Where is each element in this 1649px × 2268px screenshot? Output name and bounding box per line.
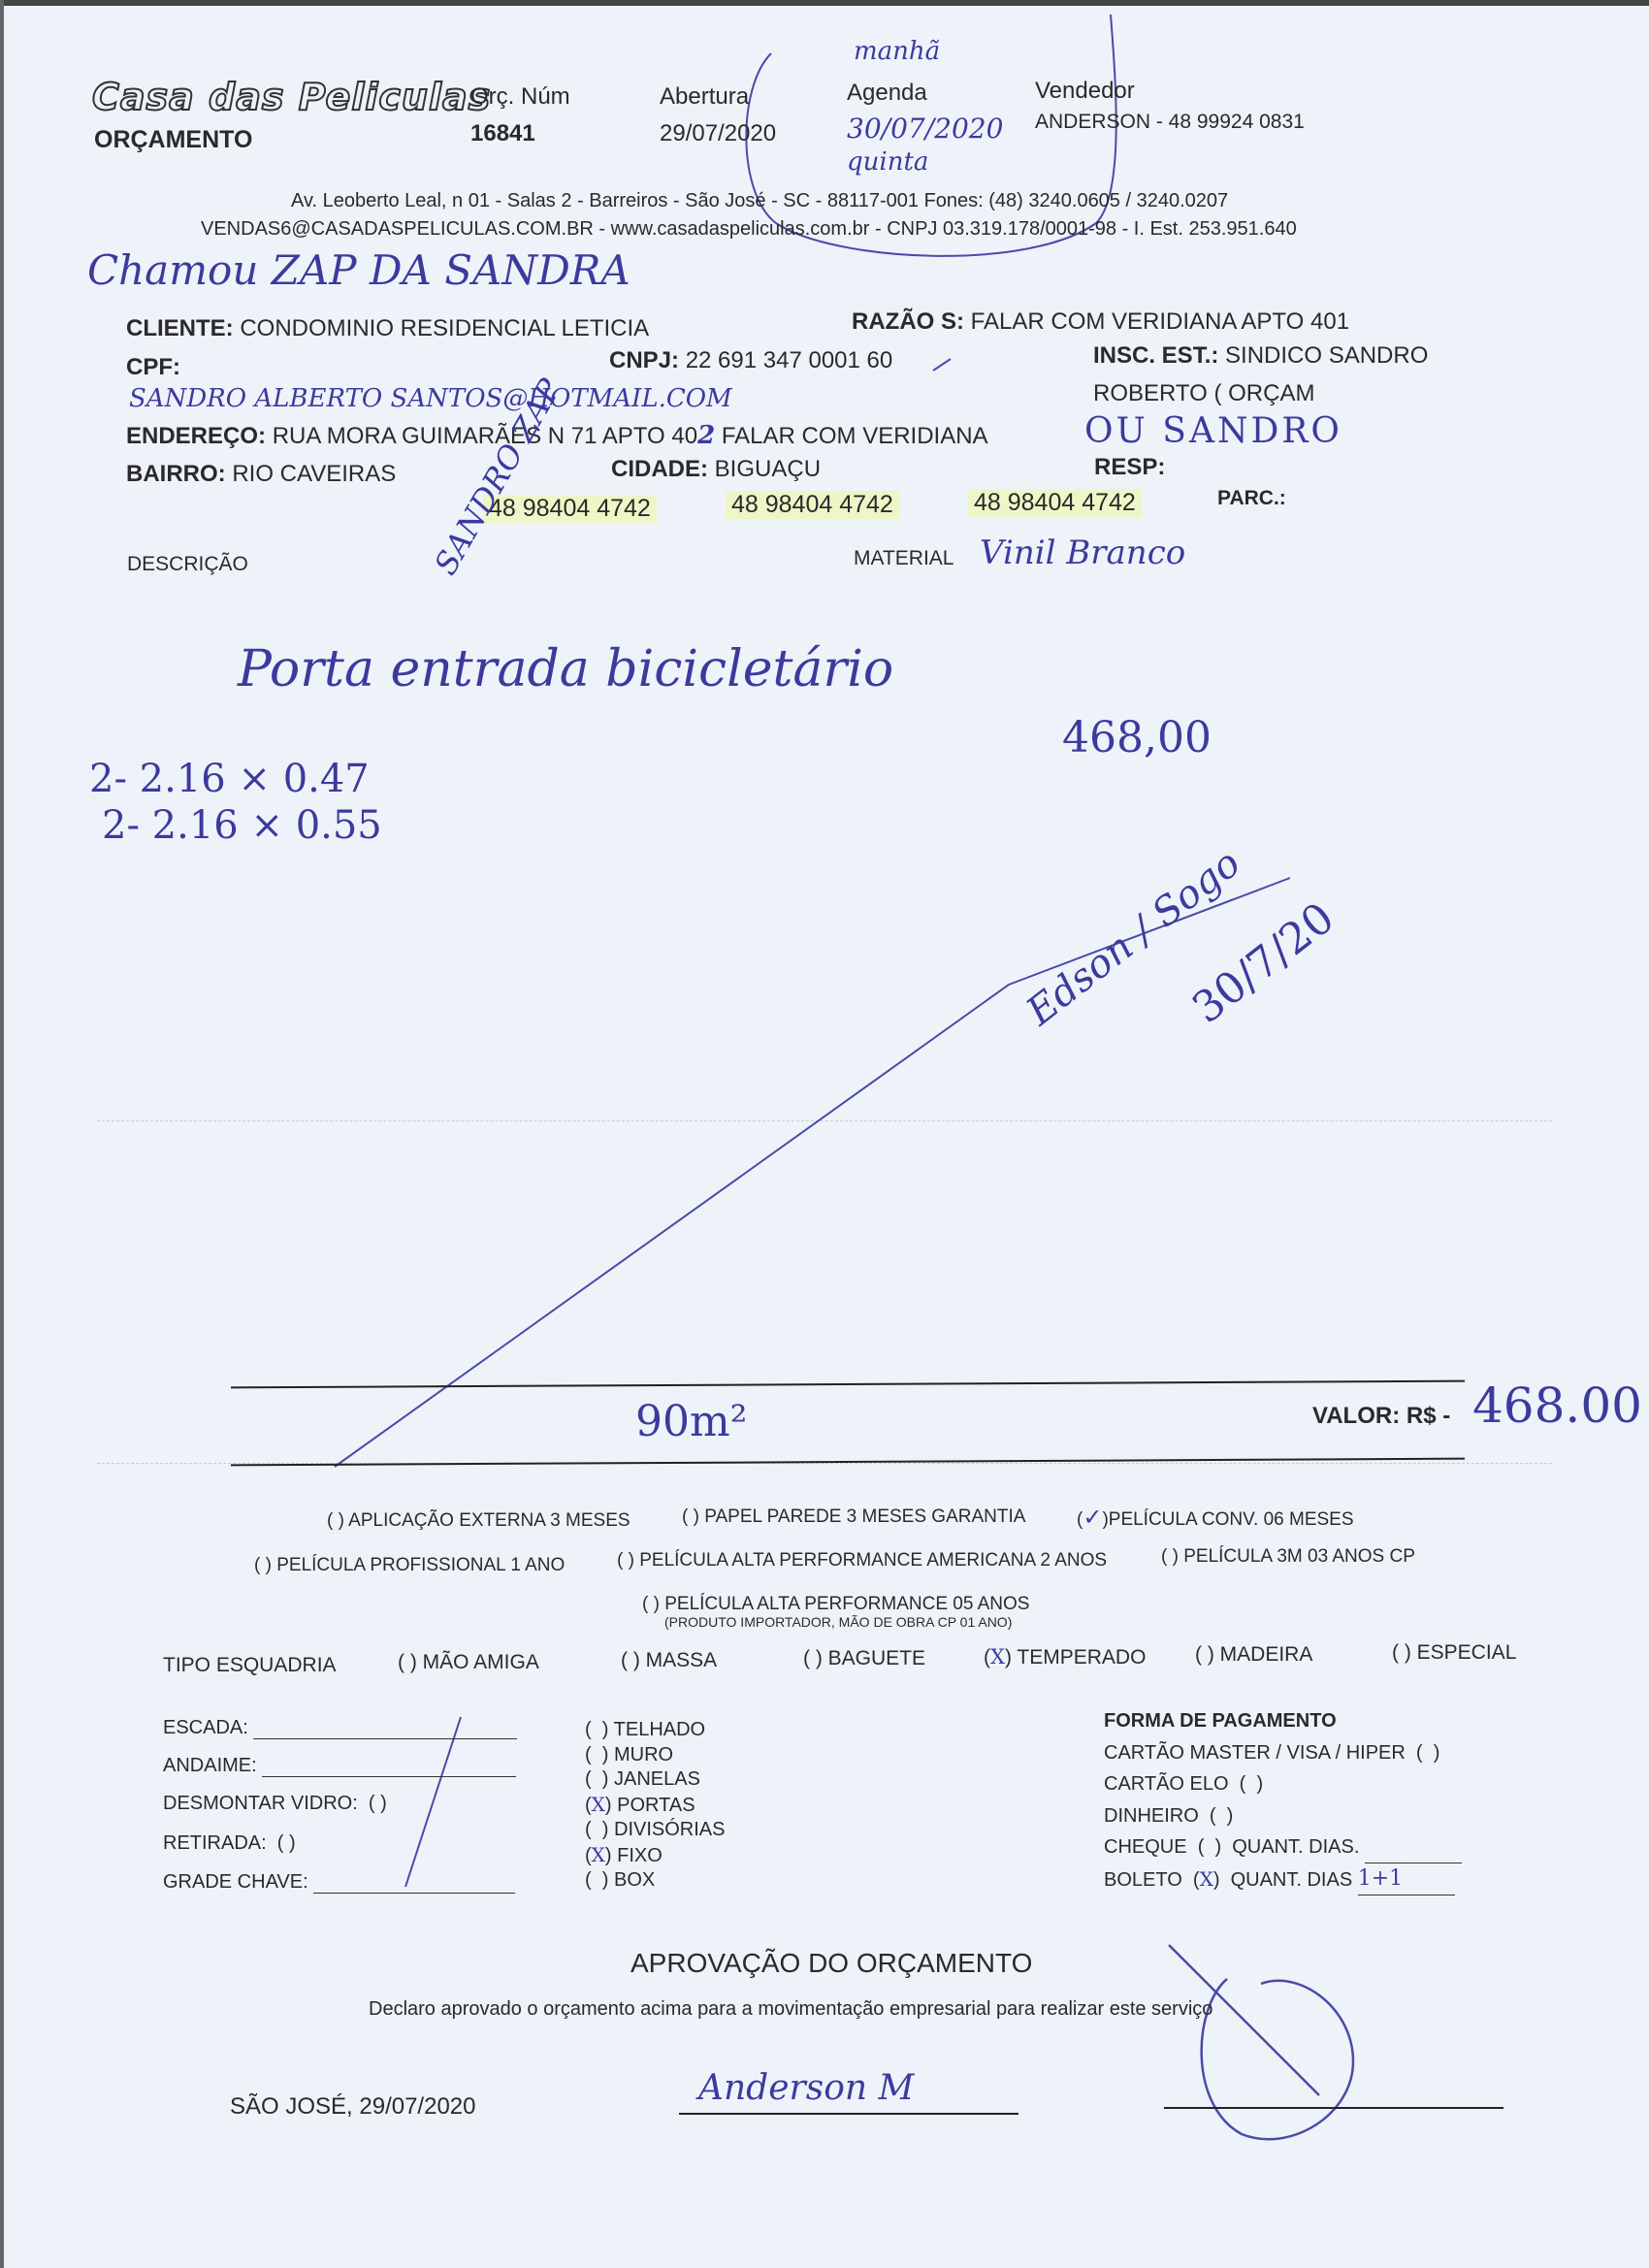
- valor-value: 468.00: [1472, 1377, 1642, 1434]
- cidade-label: CIDADE:: [611, 456, 708, 482]
- esquadria-option[interactable]: ( ) MASSA: [621, 1649, 717, 1672]
- approval-text: Declaro aprovado o orçamento acima para …: [369, 1998, 1212, 2021]
- cliente-field: CLIENTE: CONDOMINIO RESIDENCIAL LETICIA: [126, 315, 649, 342]
- esquadria-label: TIPO ESQUADRIA: [163, 1654, 337, 1677]
- abertura-date: 29/07/2020: [660, 120, 776, 147]
- doc-type: ORÇAMENTO: [94, 126, 252, 154]
- cidade-field: CIDADE: BIGUAÇU: [611, 456, 821, 483]
- company-address: Av. Leoberto Leal, n 01 - Salas 2 - Barr…: [291, 190, 1228, 212]
- checkbox[interactable]: ( ): [617, 1550, 634, 1571]
- film-option[interactable]: (✓)PELÍCULA CONV. 06 MESES: [1077, 1504, 1354, 1531]
- insc-value-cont: ROBERTO ( ORÇAM: [1093, 380, 1314, 407]
- film-option[interactable]: ( ) PELÍCULA 3M 03 ANOS CP: [1161, 1546, 1415, 1568]
- email-handwritten: SANDRO ALBERTO SANTOS@HOTMAIL.COM: [129, 384, 732, 413]
- cnpj-field: CNPJ: 22 691 347 0001 60: [609, 347, 892, 374]
- checkbox-checked[interactable]: (✓): [1077, 1509, 1109, 1530]
- insc-label: INSC. EST.:: [1093, 342, 1218, 369]
- film-option[interactable]: ( ) PELÍCULA ALTA PERFORMANCE AMERICANA …: [617, 1550, 1107, 1571]
- grade-field[interactable]: GRADE CHAVE:: [163, 1871, 515, 1894]
- orc-num: 16841: [470, 120, 535, 147]
- cliente-label: CLIENTE:: [126, 315, 234, 341]
- phone-1: 48 98404 4742: [483, 495, 657, 523]
- razao-field: RAZÃO S: FALAR COM VERIDIANA APTO 401: [852, 308, 1349, 336]
- cnpj-value: 22 691 347 0001 60: [686, 347, 893, 373]
- material-label: MATERIAL: [854, 547, 954, 570]
- check-mark-icon: ✓: [1083, 1504, 1102, 1531]
- escada-field[interactable]: ESCADA:: [163, 1717, 517, 1739]
- cidade-value: BIGUAÇU: [715, 456, 821, 482]
- agenda-label: Agenda: [847, 80, 927, 107]
- client-signature-line[interactable]: [1164, 2107, 1503, 2109]
- company-logo: Casa das Peliculas: [92, 76, 491, 118]
- valor-label: VALOR: R$ -: [1312, 1403, 1450, 1430]
- payment-section: FORMA DE PAGAMENTO CARTÃO MASTER / VISA …: [1104, 1705, 1462, 1895]
- endereco-label: ENDEREÇO:: [126, 423, 266, 449]
- bairro-field: BAIRRO: RIO CAVEIRAS: [126, 461, 396, 488]
- apto-correction: 2: [697, 421, 715, 450]
- location-option[interactable]: ( ) BOX: [585, 1868, 725, 1894]
- note-chamou-zap: Chamou ZAP DA SANDRA: [87, 246, 630, 294]
- bairro-label: BAIRRO:: [126, 461, 226, 487]
- phone-2: 48 98404 4742: [726, 491, 899, 519]
- vendedor: ANDERSON - 48 99924 0831: [1035, 111, 1305, 134]
- location-option[interactable]: ( ) JANELAS: [585, 1767, 725, 1793]
- payment-title: FORMA DE PAGAMENTO: [1104, 1705, 1462, 1737]
- payment-option-elo[interactable]: CARTÃO ELO ( ): [1104, 1768, 1462, 1800]
- x-mark-icon: X: [990, 1645, 1005, 1669]
- cpf-label: CPF:: [126, 354, 180, 381]
- item-description: Porta entrada bicicletário: [238, 640, 893, 698]
- payment-option-boleto[interactable]: BOLETO (X) QUANT. DIAS 1+1: [1104, 1863, 1462, 1896]
- company-contact: VENDAS6@CASADASPELICULAS.COM.BR - www.ca…: [201, 218, 1297, 241]
- material-value: Vinil Branco: [980, 534, 1185, 572]
- resp-label: RESP:: [1094, 454, 1165, 481]
- esquadria-option[interactable]: ( ) ESPECIAL: [1392, 1641, 1516, 1665]
- location-option[interactable]: ( ) MURO: [585, 1743, 725, 1768]
- place-date: SÃO JOSÉ, 29/07/2020: [230, 2093, 476, 2121]
- agenda-note-weekday: quinta: [847, 147, 928, 177]
- endereco-value-cont: FALAR COM VERIDIANA: [722, 423, 988, 449]
- checkbox[interactable]: ( ): [642, 1594, 660, 1614]
- checkbox[interactable]: ( ): [1161, 1546, 1179, 1567]
- razao-label: RAZÃO S:: [852, 308, 964, 335]
- checkbox[interactable]: ( ): [254, 1555, 272, 1575]
- location-option[interactable]: (X) FIXO: [585, 1843, 725, 1869]
- endereco-field: ENDEREÇO: RUA MORA GUIMARÃES N 71 APTO 4…: [126, 421, 988, 450]
- orc-num-label: Orç. Núm: [470, 83, 570, 111]
- item-price: 468,00: [1062, 713, 1212, 762]
- payment-option-master[interactable]: CARTÃO MASTER / VISA / HIPER ( ): [1104, 1737, 1462, 1769]
- measure-2: 2- 2.16 × 0.55: [102, 803, 382, 848]
- cliente-value: CONDOMINIO RESIDENCIAL LETICIA: [240, 315, 649, 341]
- razao-value: FALAR COM VERIDIANA APTO 401: [971, 308, 1349, 335]
- esquadria-option[interactable]: ( ) BAGUETE: [803, 1647, 925, 1670]
- retirada-field[interactable]: RETIRADA: ( ): [163, 1832, 296, 1855]
- endereco-value: RUA MORA GUIMARÃES N 71 APTO 40: [273, 423, 697, 449]
- seller-signature-line: [679, 2113, 1018, 2115]
- x-mark-icon: X: [1200, 1867, 1213, 1891]
- film-note: (PRODUTO IMPORTADOR, MÃO DE OBRA CP 01 A…: [664, 1614, 1012, 1630]
- payment-option-dinheiro[interactable]: DINHEIRO ( ): [1104, 1800, 1462, 1832]
- cnpj-label: CNPJ:: [609, 347, 679, 373]
- agenda-date: 30/07/2020: [847, 113, 1003, 145]
- insc-value: SINDICO SANDRO: [1225, 342, 1428, 369]
- area-handwritten: 90m²: [635, 1397, 747, 1446]
- checkbox[interactable]: ( ): [682, 1507, 699, 1527]
- measure-1: 2- 2.16 × 0.47: [89, 757, 370, 801]
- abertura-label: Abertura: [660, 83, 749, 111]
- desmontar-field[interactable]: DESMONTAR VIDRO: ( ): [163, 1793, 387, 1815]
- esquadria-option[interactable]: ( ) MADEIRA: [1195, 1643, 1312, 1667]
- film-option[interactable]: ( ) PAPEL PAREDE 3 MESES GARANTIA: [682, 1507, 1025, 1528]
- phone-3: 48 98404 4742: [968, 489, 1142, 517]
- agenda-note-morning: manhã: [854, 37, 940, 66]
- location-list: ( ) TELHADO ( ) MURO ( ) JANELAS (X) POR…: [585, 1718, 725, 1894]
- location-option[interactable]: ( ) TELHADO: [585, 1718, 725, 1743]
- location-option[interactable]: (X) PORTAS: [585, 1793, 725, 1819]
- esquadria-option[interactable]: ( ) MÃO AMIGA: [398, 1651, 539, 1674]
- film-option[interactable]: ( ) PELÍCULA PROFISSIONAL 1 ANO: [254, 1555, 565, 1576]
- payment-option-cheque[interactable]: CHEQUE ( ) QUANT. DIAS.: [1104, 1831, 1462, 1863]
- bairro-value: RIO CAVEIRAS: [232, 461, 396, 487]
- note-ou-sandro: OU SANDRO: [1084, 411, 1342, 451]
- andaime-field[interactable]: ANDAIME:: [163, 1755, 516, 1777]
- film-option[interactable]: ( ) APLICAÇÃO EXTERNA 3 MESES: [327, 1510, 630, 1532]
- boleto-days: 1+1: [1358, 1863, 1455, 1896]
- esquadria-option[interactable]: (X) TEMPERADO: [984, 1645, 1146, 1669]
- vendedor-label: Vendedor: [1035, 78, 1135, 105]
- seller-signature: Anderson M: [698, 2068, 914, 2108]
- location-option[interactable]: ( ) DIVISÓRIAS: [585, 1818, 725, 1843]
- x-mark-icon: X: [592, 1843, 605, 1866]
- checkbox[interactable]: ( ): [327, 1510, 344, 1531]
- descricao-label: DESCRIÇÃO: [127, 553, 248, 576]
- insc-field: INSC. EST.: SINDICO SANDRO: [1093, 342, 1428, 370]
- x-mark-icon: X: [592, 1793, 605, 1816]
- parc-label: PARC.:: [1217, 487, 1286, 510]
- approval-title: APROVAÇÃO DO ORÇAMENTO: [630, 1948, 1032, 1979]
- film-option[interactable]: ( ) PELÍCULA ALTA PERFORMANCE 05 ANOS: [642, 1594, 1029, 1615]
